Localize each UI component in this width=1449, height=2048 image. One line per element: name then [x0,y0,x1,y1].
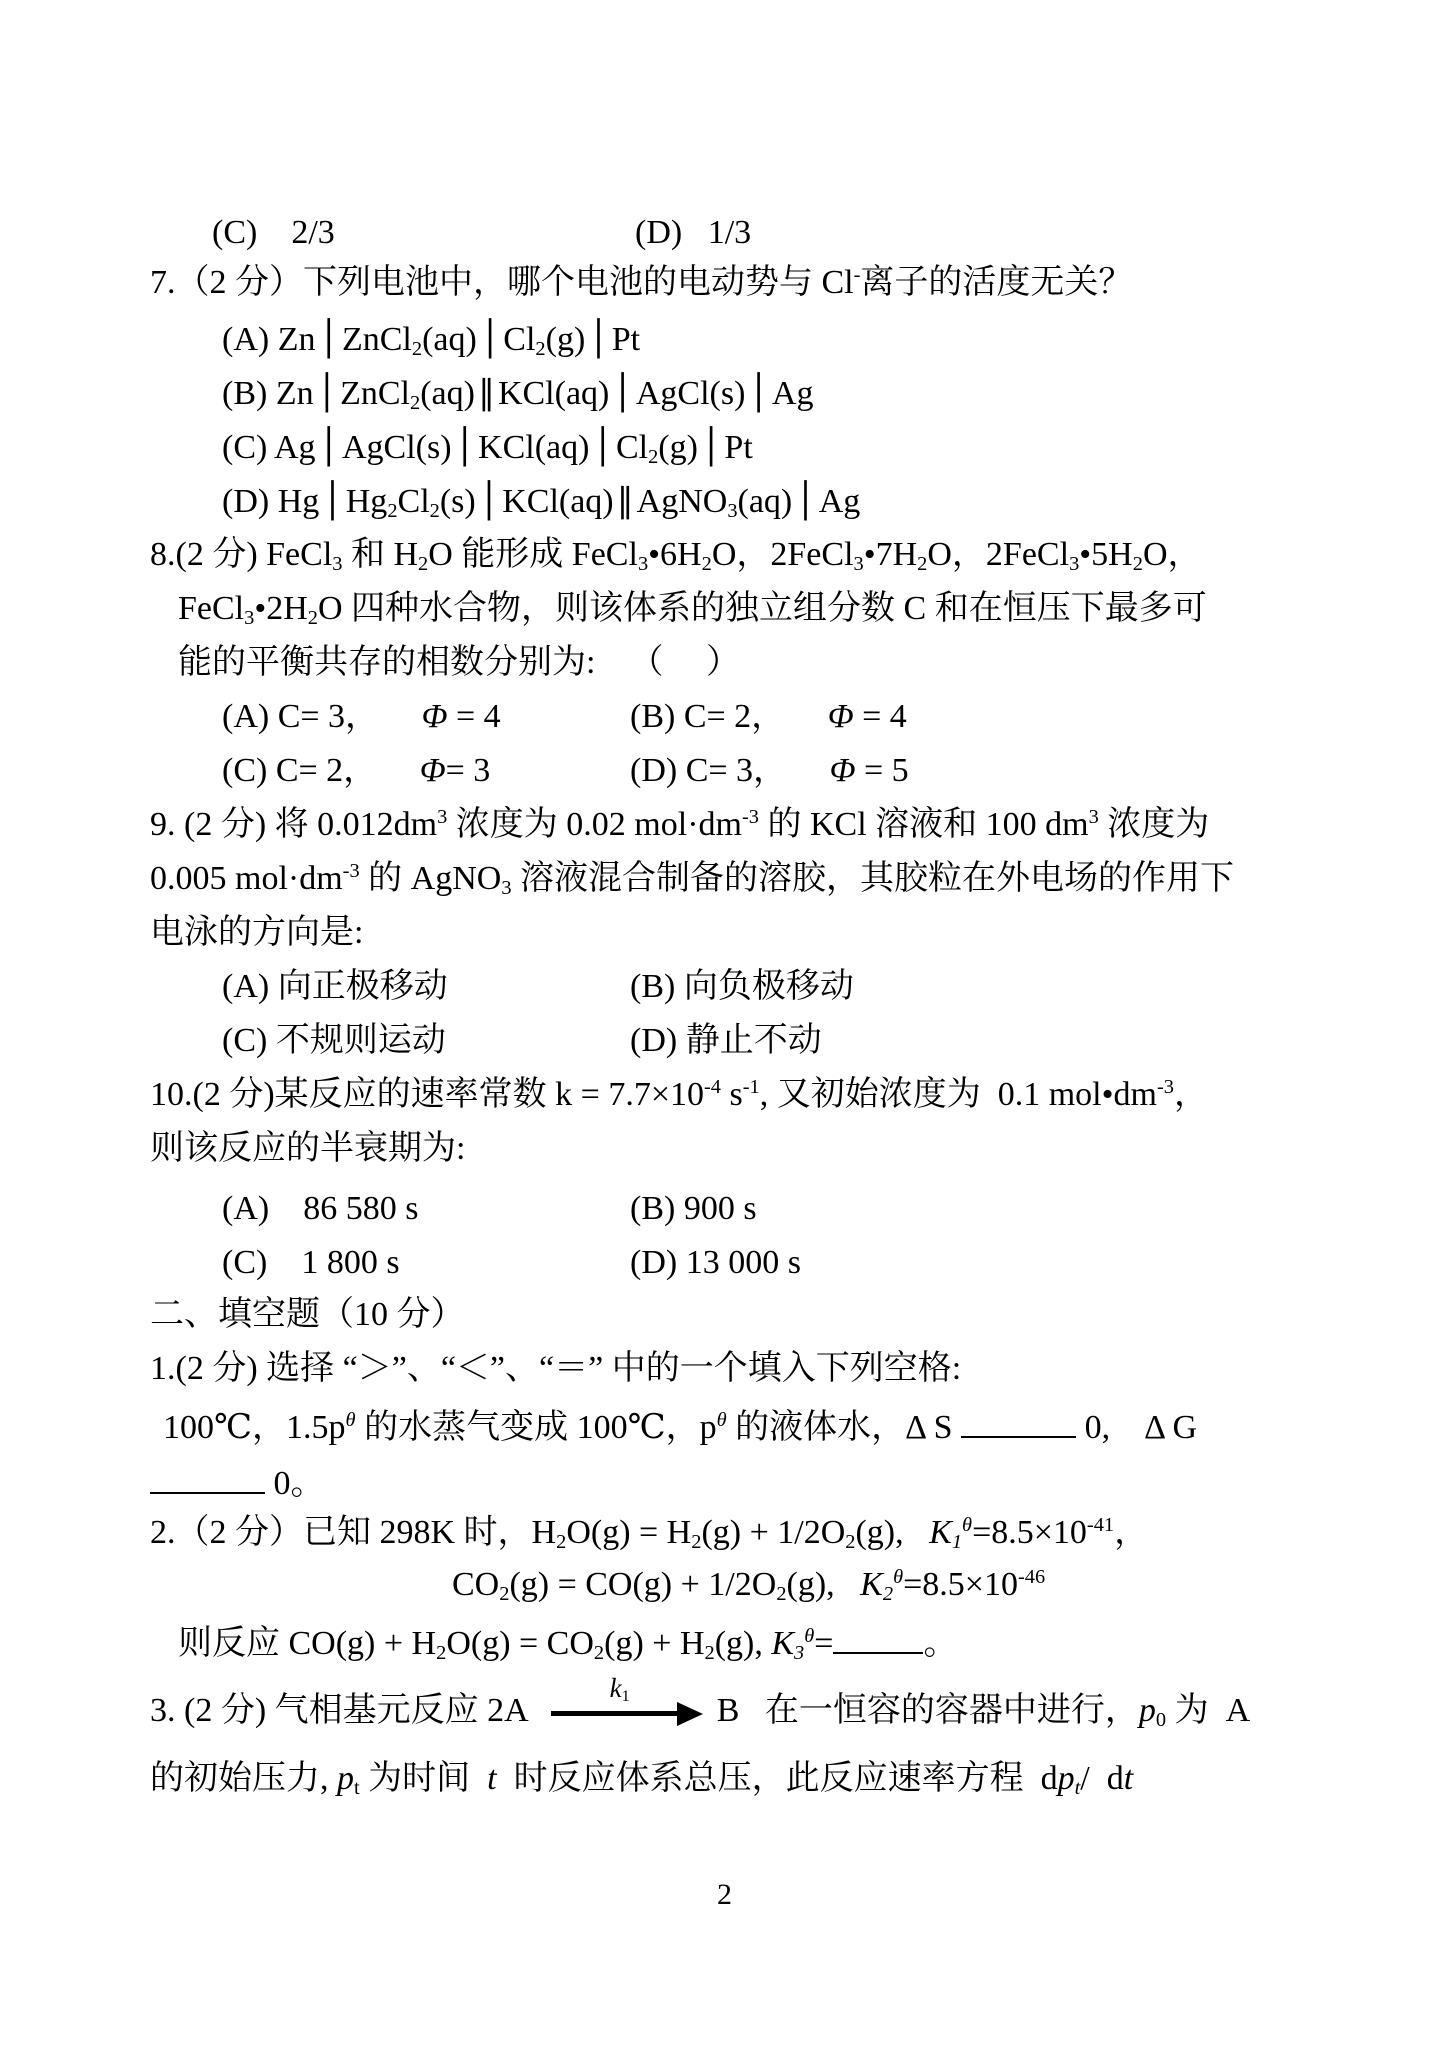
question-10-stem-line-1: 10.(2 分)某反应的速率常数 k = 7.7×10-4 s-1, 又初始浓度… [150,1074,1208,1117]
question-7-option-c: (C) Ag│AgCl(s)│KCl(aq)│Cl2(g)│Pt [222,426,753,470]
question-8-option-b: (B) C= 2， Φ = 4 [630,696,907,739]
question-9-stem-line-2: 0.005 mol·dm-3 的 AgNO3 溶液混合制备的溶胶，其胶粒在外电场… [150,858,1234,901]
page-number: 2 [0,1876,1449,1914]
question-6-option-d: (D) 1/3 [635,212,751,255]
question-6-option-c: (C) 2/3 [212,212,335,255]
question-8-options-row-2: (C) C= 2， Φ= 3 (D) C= 3， Φ = 5 [150,750,1400,798]
question-10-stem-line-2: 则该反应的半衰期为: [150,1128,465,1171]
exam-page: (C) 2/3 (D) 1/3 7.（2 分）下列电池中，哪个电池的电动势与 C… [0,0,1449,2048]
question-8-option-d: (D) C= 3， Φ = 5 [630,750,909,793]
fill-1-line-1: 1.(2 分) 选择 “＞”、“＜”、“＝” 中的一个填入下列空格: [150,1348,961,1391]
question-10-options-row-1: (A) 86 580 s (B) 900 s [150,1188,1400,1236]
question-9-stem-line-1: 9. (2 分) 将 0.012dm3 浓度为 0.02 mol·dm-3 的 … [150,804,1209,847]
fill-2-line-2: CO2(g) = CO(g) + 1/2O2(g), K2θ=8.5×10-46 [452,1564,1045,1607]
fill-2-line-1: 2.（2 分）已知 298K 时，H2O(g) = H2(g) + 1/2O2(… [150,1512,1148,1555]
section-2-heading: 二、填空题（10 分） [150,1294,465,1337]
question-9-option-a: (A) 向正极移动 [222,966,448,1009]
fill-3-line-1: 3. (2 分) 气相基元反应 2Ak1B 在一恒容的容器中进行，p0 为 A [150,1690,1250,1733]
question-8-stem-line-1: 8.(2 分) FeCl3 和 H2O 能形成 FeCl3•6H2O，2FeCl… [150,534,1202,577]
question-9-stem-line-3: 电泳的方向是: [150,912,363,955]
question-9-option-b: (B) 向负极移动 [630,966,854,1009]
question-8-stem-line-3: 能的平衡共存的相数分别为:（ ） [178,642,740,685]
question-7-option-b: (B) Zn│ZnCl2(aq)∥KCl(aq)│AgCl(s)│Ag [222,372,813,416]
question-10-option-a: (A) 86 580 s [222,1188,418,1231]
fill-2-line-3: 则反应 CO(g) + H2O(g) = CO2(g) + H2(g), K3θ… [178,1618,957,1666]
question-7-option-d: (D) Hg│Hg2Cl2(s)│KCl(aq)∥AgNO3(aq)│Ag [222,480,860,524]
question-10-option-c: (C) 1 800 s [222,1242,400,1285]
question-8-option-a: (A) C= 3， Φ = 4 [222,696,501,739]
question-9-options-row-1: (A) 向正极移动 (B) 向负极移动 [150,966,1400,1014]
fill-1-line-2: 100℃，1.5pθ 的水蒸气变成 100℃，pθ 的液体水，Δ S 0, Δ … [163,1402,1197,1450]
question-10-options-row-2: (C) 1 800 s (D) 13 000 s [150,1242,1400,1290]
question-9-options-row-2: (C) 不规则运动 (D) 静止不动 [150,1020,1400,1068]
fill-3-line-2: 的初始压力, pt 为时间 t 时反应体系总压，此反应速率方程 dpt/ dt [150,1758,1133,1801]
question-8-option-c: (C) C= 2， Φ= 3 [222,750,490,793]
question-7-stem: 7.（2 分）下列电池中，哪个电池的电动势与 Cl-离子的活度无关？ [150,262,1132,305]
question-9-option-d: (D) 静止不动 [630,1020,822,1063]
question-7-option-a: (A) Zn│ZnCl2(aq)│Cl2(g)│Pt [222,318,640,362]
question-9-option-c: (C) 不规则运动 [222,1020,446,1063]
question-8-stem-line-2: FeCl3•2H2O 四种水合物，则该体系的独立组分数 C 和在恒压下最多可 [178,588,1207,631]
question-8-options-row-1: (A) C= 3， Φ = 4 (B) C= 2， Φ = 4 [150,696,1400,744]
question-6-options-row: (C) 2/3 (D) 1/3 [150,212,1400,260]
fill-1-line-3: 0。 [150,1458,325,1506]
question-10-option-b: (B) 900 s [630,1188,757,1231]
question-10-option-d: (D) 13 000 s [630,1242,801,1285]
